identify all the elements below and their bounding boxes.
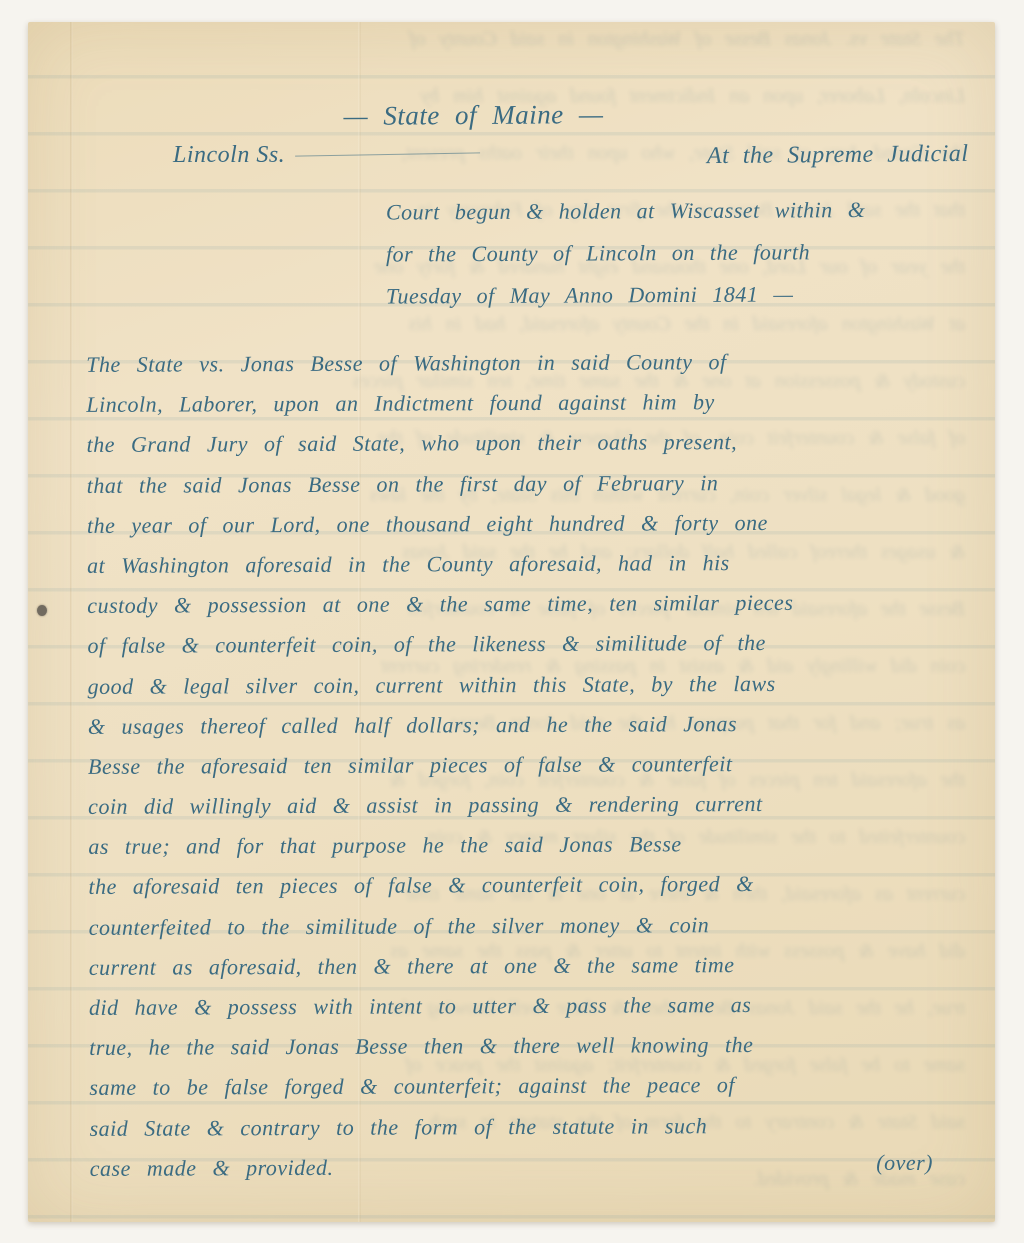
handwritten-line: did have & possess with intent to utter …: [89, 991, 962, 1035]
court-session-line: for the County of Lincoln on the fourth: [386, 238, 969, 283]
handwritten-line: as true; and for that purpose he the sai…: [88, 830, 961, 874]
fold-crease-left: [70, 22, 73, 1222]
handwritten-line: of false & counterfeit coin, of the like…: [87, 629, 960, 673]
county-row: Lincoln Ss. At the Supreme Judicial: [173, 142, 969, 169]
handwritten-line: that the said Jonas Besse on the first d…: [87, 469, 960, 513]
over-note: (over): [876, 1150, 933, 1176]
court-intro: At the Supreme Judicial: [707, 141, 969, 170]
ghost-line: The State vs. Jonas Besse of Washington …: [58, 28, 965, 85]
court-session-lines: Court begun & holden at Wiscasset within…: [386, 198, 969, 324]
scan-background: The State vs. Jonas Besse of Washington …: [0, 0, 1024, 1243]
ink-spot: [37, 605, 47, 616]
handwritten-line: same to be false forged & counterfeit; a…: [89, 1071, 962, 1115]
handwritten-line: good & legal silver coin, current within…: [88, 670, 961, 714]
handwritten-line: & usages thereof called half dollars; an…: [88, 710, 961, 754]
handwritten-line: Besse the aforesaid ten similar pieces o…: [88, 750, 961, 794]
handwritten-line: The State vs. Jonas Besse of Washington …: [86, 348, 959, 392]
handwritten-line: current as aforesaid, then & there at on…: [89, 951, 962, 995]
handwritten-line: said State & contrary to the form of the…: [89, 1112, 962, 1156]
court-session-line: Court begun & holden at Wiscasset within…: [386, 196, 969, 241]
court-session-line: Tuesday of May Anno Domini 1841 —: [386, 280, 969, 325]
county-label: Lincoln Ss.: [173, 142, 285, 169]
handwritten-line: coin did willingly aid & assist in passi…: [88, 790, 961, 834]
handwritten-line: true, he the said Jonas Besse then & the…: [89, 1031, 962, 1075]
handwritten-line: case made & provided.: [90, 1152, 963, 1196]
handwritten-line: the Grand Jury of said State, who upon t…: [87, 428, 960, 472]
paper: The State vs. Jonas Besse of Washington …: [28, 22, 995, 1222]
body-text: The State vs. Jonas Besse of Washington …: [86, 348, 963, 1196]
flourish-line: [295, 141, 480, 156]
handwritten-line: Lincoln, Laborer, upon an Indictment fou…: [86, 388, 959, 432]
handwritten-line: the aforesaid ten pieces of false & coun…: [88, 871, 961, 915]
handwritten-line: counterfeited to the similitude of the s…: [89, 911, 962, 955]
handwritten-line: custody & possession at one & the same t…: [87, 589, 960, 633]
heading-state-title: — State of Maine —: [28, 97, 957, 135]
handwritten-line: at Washington aforesaid in the County af…: [87, 549, 960, 593]
handwritten-line: the year of our Lord, one thousand eight…: [87, 509, 960, 553]
